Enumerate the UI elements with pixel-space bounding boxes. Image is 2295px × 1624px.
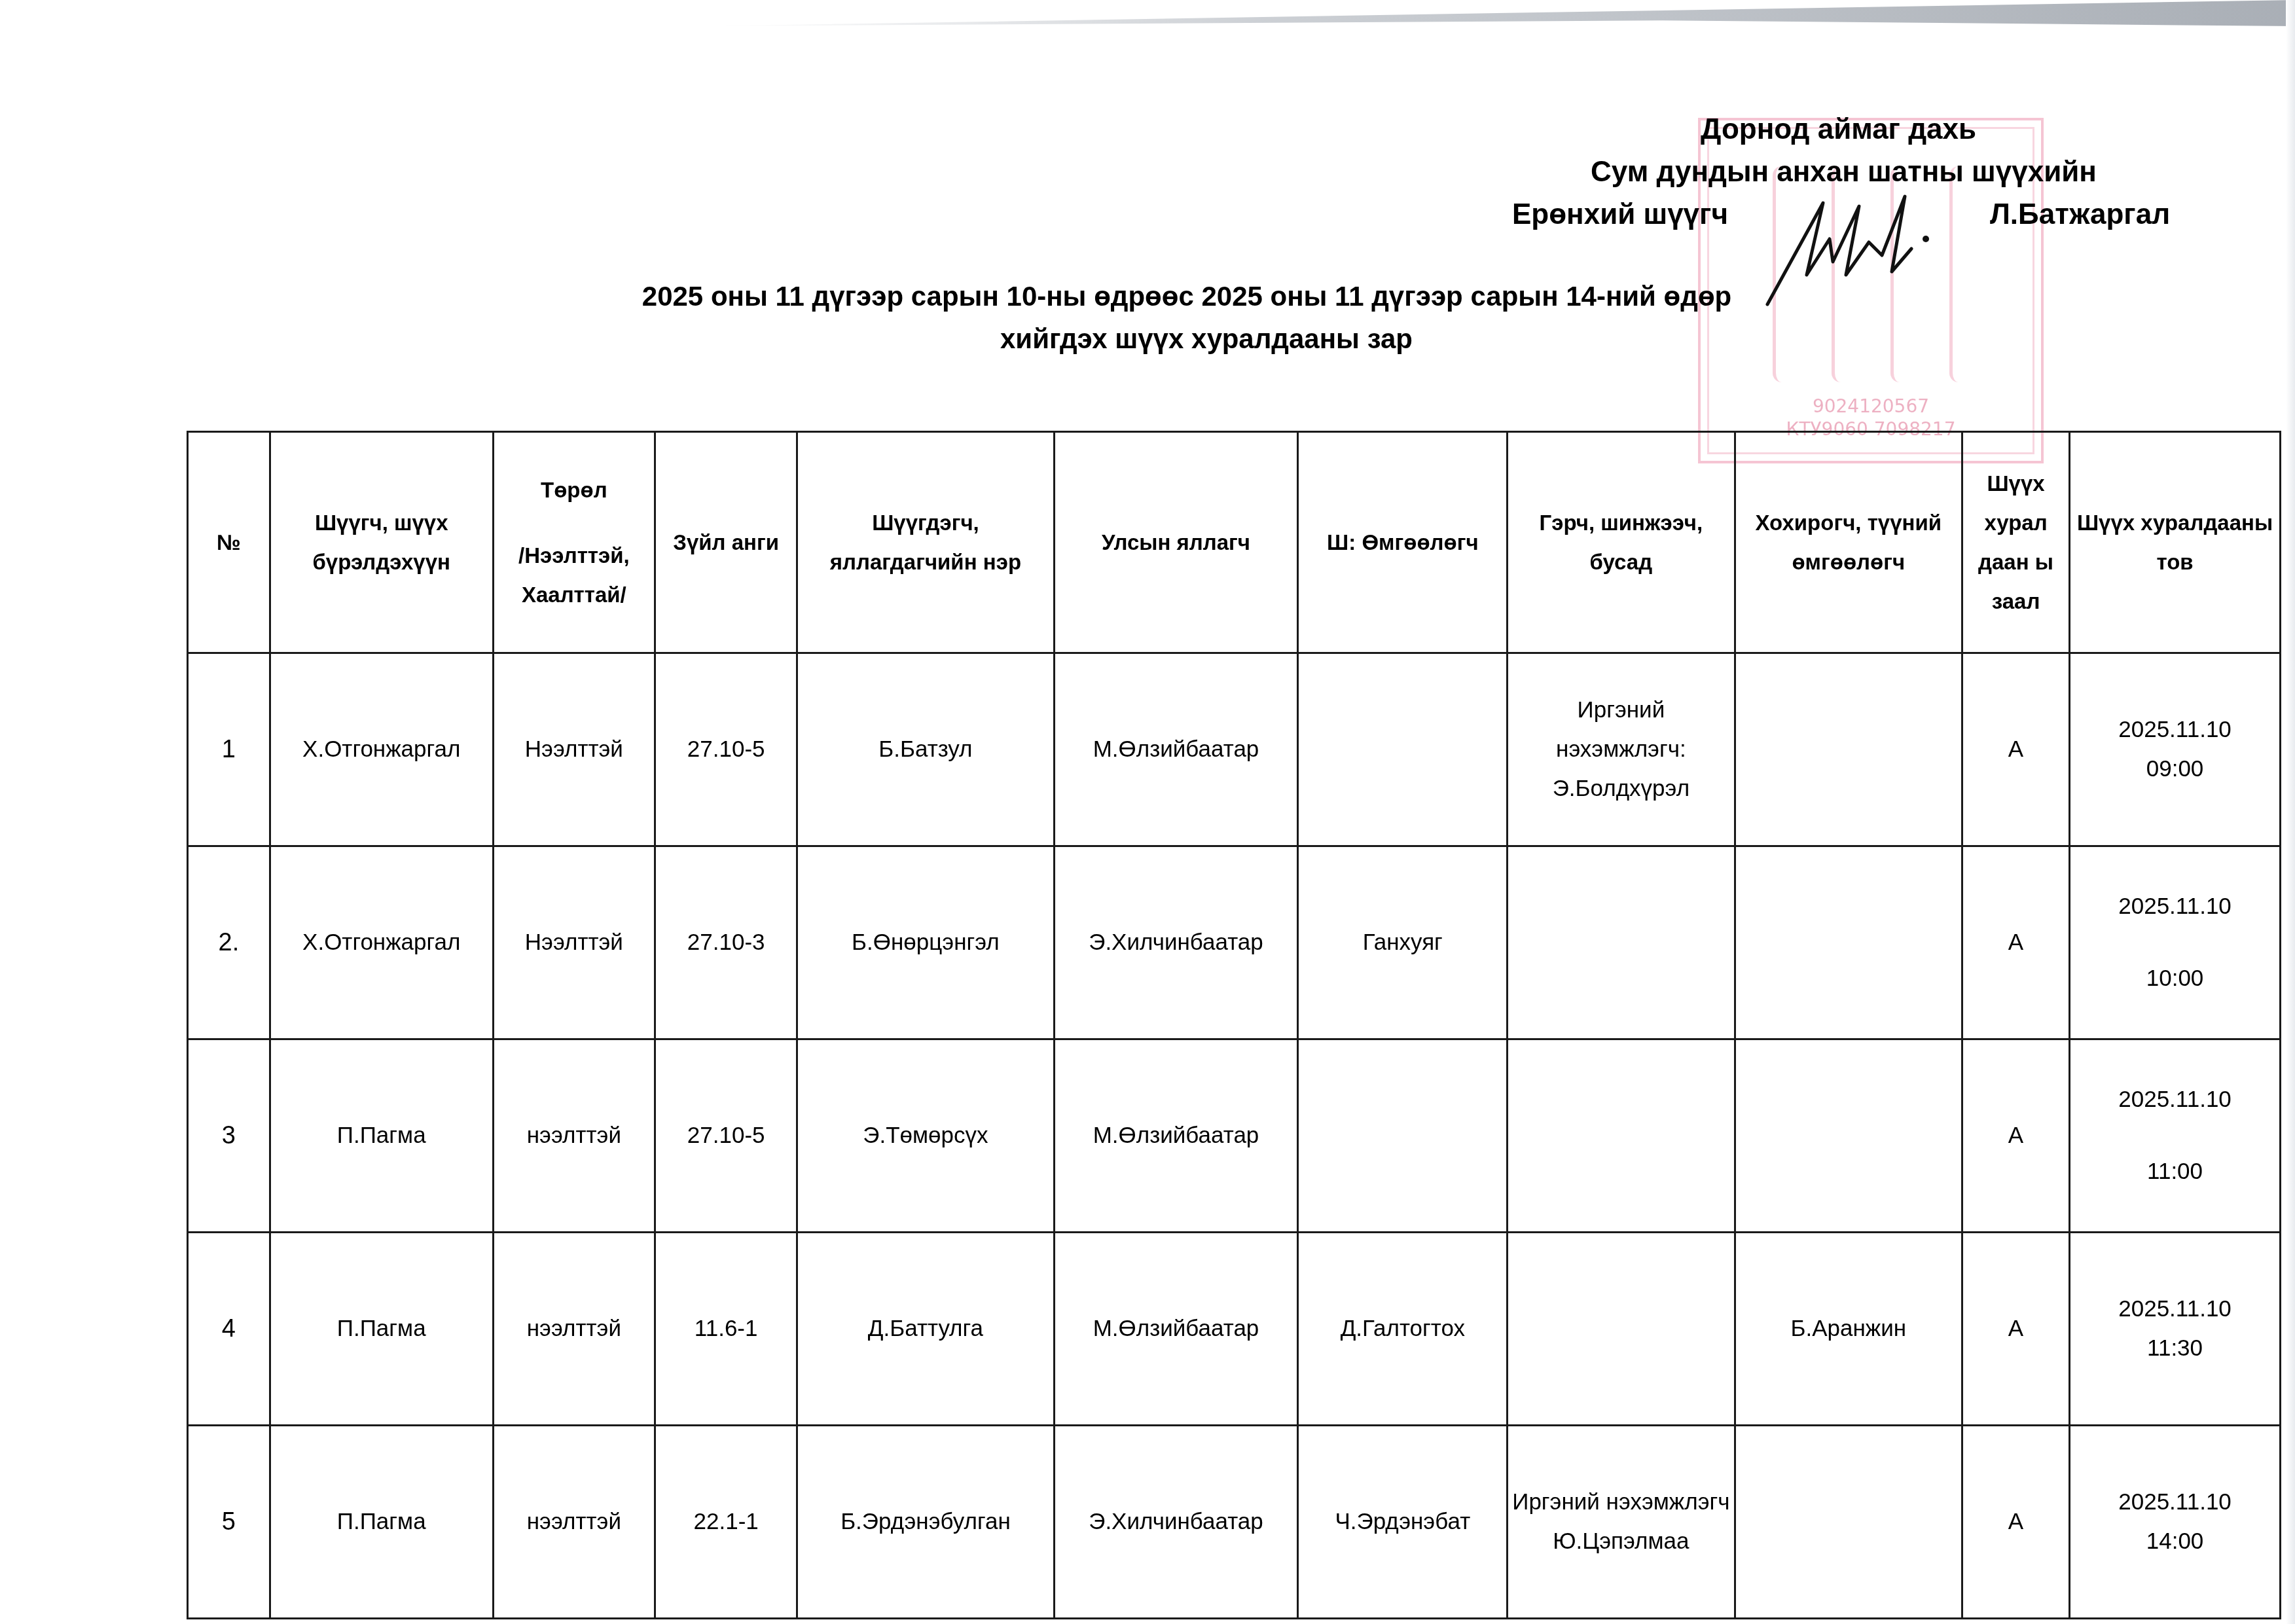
scan-shadow (707, 0, 2295, 26)
schedule-time: 10:00 (2074, 959, 2275, 998)
table-row: 1Х.ОтгонжаргалНээлттэй27.10-5Б.БатзулМ.Ө… (188, 653, 2281, 846)
header-type-line-3: Хаалттай/ (498, 575, 650, 615)
schedule-date: 2025.11.10 (2074, 710, 2275, 749)
header-defendant: Шүүгдэгч, яллагдагчийн нэр (797, 432, 1054, 653)
schedule-time: 14:00 (2074, 1522, 2275, 1561)
header-witness: Гэрч, шинжээч, бусад (1508, 432, 1735, 653)
schedule-date: 2025.11.10 (2074, 1483, 2275, 1522)
cell-prosecutor: Э.Хилчинбаатар (1054, 1426, 1298, 1619)
cell-judge: Х.Отгонжаргал (270, 846, 493, 1039)
cell-victim (1735, 1426, 1962, 1619)
schedule-time: 11:00 (2074, 1152, 2275, 1191)
header-room: Шүүх хурал даан ы заал (1962, 432, 2069, 653)
document-subtitle: хийгдэх шүүх хуралдааны зар (0, 321, 2295, 357)
table-row: 2.Х.ОтгонжаргалНээлттэй27.10-3Б.Өнөрцэнг… (188, 846, 2281, 1039)
cell-schedule: 2025.11.1011:30 (2070, 1233, 2281, 1426)
approval-name: Л.Батжаргал (1990, 195, 2170, 234)
row-number: 1 (188, 653, 270, 846)
cell-judge: П.Пагма (270, 1039, 493, 1233)
cell-witness (1508, 846, 1735, 1039)
cell-prosecutor: М.Өлзийбаатар (1054, 653, 1298, 846)
schedule-time: 09:00 (2074, 749, 2275, 789)
cell-witness (1508, 1039, 1735, 1233)
header-victim: Хохирогч, түүний өмгөөлөгч (1735, 432, 1962, 653)
cell-victim (1735, 846, 1962, 1039)
cell-defense (1298, 653, 1508, 846)
cell-defendant: Б.Батзул (797, 653, 1054, 846)
cell-judge: Х.Отгонжаргал (270, 653, 493, 846)
cell-schedule: 2025.11.1014:00 (2070, 1426, 2281, 1619)
header-article: Зүйл анги (655, 432, 797, 653)
schedule-date: 2025.11.10 (2074, 1290, 2275, 1329)
schedule-date: 2025.11.10 (2074, 1080, 2275, 1119)
cell-prosecutor: Э.Хилчинбаатар (1054, 846, 1298, 1039)
cell-type: Нээлттэй (493, 846, 655, 1039)
stamp-number: 9024120567 (1779, 395, 1962, 417)
cell-judge: П.Пагма (270, 1233, 493, 1426)
cell-article: 27.10-5 (655, 653, 797, 846)
cell-victim (1735, 653, 1962, 846)
approval-position: Ерөнхий шүүгч (1512, 195, 1728, 234)
cell-witness (1508, 1233, 1735, 1426)
cell-prosecutor: М.Өлзийбаатар (1054, 1039, 1298, 1233)
cell-room: А (1962, 653, 2069, 846)
header-type-line-1: Төрөл (498, 471, 650, 510)
table-row: 3П.Пагманээлттэй27.10-5Э.ТөмөрсүхМ.Өлзий… (188, 1039, 2281, 1233)
cell-witness: Иргэний нэхэмжлэгч: Э.Болдхүрэл (1508, 653, 1735, 846)
cell-type: Нээлттэй (493, 653, 655, 846)
cell-defense (1298, 1039, 1508, 1233)
cell-room: А (1962, 1233, 2069, 1426)
cell-defendant: Б.Өнөрцэнгэл (797, 846, 1054, 1039)
cell-victim (1735, 1039, 1962, 1233)
cell-schedule: 2025.11.1011:00 (2070, 1039, 2281, 1233)
row-number: 2. (188, 846, 270, 1039)
cell-article: 22.1-1 (655, 1426, 797, 1619)
cell-victim: Б.Аранжин (1735, 1233, 1962, 1426)
header-type: Төрөл /Нээлттэй, Хаалттай/ (493, 432, 655, 653)
table-header-row: № Шүүгч, шүүх бүрэлдэхүүн Төрөл /Нээлттэ… (188, 432, 2281, 653)
cell-schedule: 2025.11.1010:00 (2070, 846, 2281, 1039)
hearing-schedule-table: № Шүүгч, шүүх бүрэлдэхүүн Төрөл /Нээлттэ… (187, 431, 2281, 1619)
header-no: № (188, 432, 270, 653)
cell-prosecutor: М.Өлзийбаатар (1054, 1233, 1298, 1426)
cell-article: 27.10-3 (655, 846, 797, 1039)
document-title: 2025 оны 11 дүгээр сарын 10-ны өдрөөс 20… (0, 278, 2295, 315)
cell-defendant: Э.Төмөрсүх (797, 1039, 1054, 1233)
table-row: 5П.Пагманээлттэй22.1-1Б.ЭрдэнэбулганЭ.Хи… (188, 1426, 2281, 1619)
row-number: 4 (188, 1233, 270, 1426)
header-schedule: Шүүх хуралдааны тов (2070, 432, 2281, 653)
cell-room: А (1962, 846, 2069, 1039)
schedule-time: 11:30 (2074, 1329, 2275, 1368)
cell-defendant: Б.Эрдэнэбулган (797, 1426, 1054, 1619)
cell-defense: Ганхуяг (1298, 846, 1508, 1039)
header-type-line-2: /Нээлттэй, (498, 536, 650, 575)
cell-type: нээлттэй (493, 1039, 655, 1233)
schedule-date: 2025.11.10 (2074, 887, 2275, 926)
approval-line-1: Дорнод аймаг дахь (1701, 110, 1976, 149)
cell-room: А (1962, 1039, 2069, 1233)
cell-article: 11.6-1 (655, 1233, 797, 1426)
cell-article: 27.10-5 (655, 1039, 797, 1233)
header-judge: Шүүгч, шүүх бүрэлдэхүүн (270, 432, 493, 653)
header-defense: Ш: Өмгөөлөгч (1298, 432, 1508, 653)
header-prosecutor: Улсын яллагч (1054, 432, 1298, 653)
cell-defense: Д.Галтогтох (1298, 1233, 1508, 1426)
cell-defendant: Д.Баттулга (797, 1233, 1054, 1426)
cell-schedule: 2025.11.1009:00 (2070, 653, 2281, 846)
cell-type: нээлттэй (493, 1233, 655, 1426)
cell-judge: П.Пагма (270, 1426, 493, 1619)
table-row: 4П.Пагманээлттэй11.6-1Д.БаттулгаМ.Өлзийб… (188, 1233, 2281, 1426)
cell-room: А (1962, 1426, 2069, 1619)
cell-type: нээлттэй (493, 1426, 655, 1619)
cell-defense: Ч.Эрдэнэбат (1298, 1426, 1508, 1619)
row-number: 3 (188, 1039, 270, 1233)
scan-edge (2286, 0, 2295, 1624)
cell-witness: Иргэний нэхэмжлэгч Ю.Цэпэлмаа (1508, 1426, 1735, 1619)
row-number: 5 (188, 1426, 270, 1619)
